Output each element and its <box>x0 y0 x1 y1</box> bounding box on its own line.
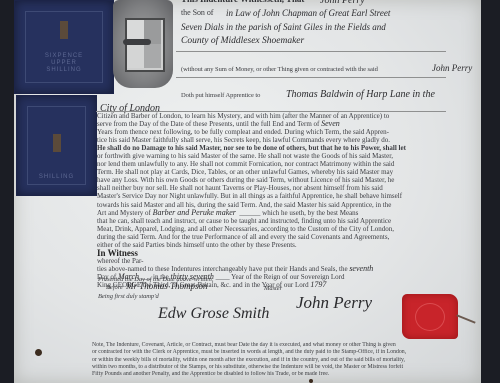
indenture-body: Citizen and Barber of London, to learn h… <box>97 112 442 289</box>
without-money-text: (without any Sum of Money, or other Thin… <box>181 66 378 73</box>
wax-seal <box>402 294 458 339</box>
body-line: during the said Term. And for the true P… <box>97 233 442 241</box>
stamp-text: SHILLING <box>17 174 96 181</box>
master-name: Thomas Baldwin of Harp Lane in the <box>286 89 435 100</box>
stamp-text: SIXPENCE UPPER SHILLING <box>15 53 113 74</box>
apprentice-name: John Perry <box>320 0 365 6</box>
son-of-text: in Law of John Chapman of Great Earl Str… <box>226 8 390 18</box>
ink-blot <box>35 349 42 356</box>
body-line: shall neither buy nor sell. He shall not… <box>97 184 442 192</box>
note-line: or within the weekly bills of mortality,… <box>92 357 448 364</box>
divider <box>176 51 446 52</box>
stamped-note: Being first duly stamp'd <box>98 293 159 300</box>
signature-witness: Edw Grose Smith <box>158 305 269 323</box>
body-line: Term. He shall not play at Cards, Dice, … <box>97 168 442 176</box>
body-line: either of the said Parties binds himself… <box>97 241 442 265</box>
signature-apprentice: John Perry <box>296 293 372 313</box>
ink-blot <box>309 379 313 383</box>
body-line: nor lend them unlawfully to any. He shal… <box>97 160 442 168</box>
body-line: or forthwith give warning to his said Ma… <box>97 152 442 160</box>
body-line: Citizen and Barber of London, to learn h… <box>97 112 442 120</box>
before-label: Before <box>106 284 123 291</box>
note-line: within two months, to a distributor of t… <box>92 364 448 371</box>
stamp-crest-icon <box>53 134 61 152</box>
witness-name: Mr Thomas Thompson <box>126 281 208 291</box>
address-line-2: Seven Dials in the parish of Saint Giles… <box>181 22 386 32</box>
body-line: towards his said Master and all his, dur… <box>97 201 442 209</box>
body-line: tice his said Master faithfully shall se… <box>97 136 442 144</box>
address-line-3: County of Middlesex Shoemaker <box>181 36 304 46</box>
master-label: Master <box>264 285 282 292</box>
note-line: Note, The Indenture, Covenant, Article, … <box>92 342 448 349</box>
header-printed: This Indenture Witnesseth, That <box>181 0 304 3</box>
coat-of-arms-icon <box>113 0 173 88</box>
note-line: or contracted for with the Clerk or Appr… <box>92 349 448 356</box>
revenue-stamp-top: SIXPENCE UPPER SHILLING <box>14 0 114 94</box>
body-line: Art and Mystery of Barber and Peruke mak… <box>97 209 442 217</box>
body-line: Meat, Drink, Apparel, Lodging, and all o… <box>97 225 442 233</box>
doth-put-label: Doth put himself Apprentice to <box>181 92 260 99</box>
stamp-crest-icon <box>60 21 68 39</box>
arms-shield <box>125 18 165 72</box>
stamp-duty-note: Note, The Indenture, Covenant, Article, … <box>92 342 448 378</box>
in-witness-heading: In Witness <box>97 249 442 257</box>
without-money-name: John Perry <box>432 63 472 73</box>
son-of-label: the Son of <box>181 9 213 16</box>
body-line: He shall do no Damage to his said Master… <box>97 144 442 152</box>
body-line: Years from thence next following, to be … <box>97 128 442 136</box>
revenue-stamp-bottom: SHILLING <box>16 95 97 196</box>
body-line: Master's Service Day nor Night unlawfull… <box>97 192 442 200</box>
note-line: Fifty Pounds and another Penalty, and th… <box>92 371 448 378</box>
body-line: have any Loss. With his own Goods or oth… <box>97 176 442 184</box>
seal-impression <box>415 303 445 331</box>
divider <box>176 77 446 78</box>
body-line: serve from the Day of the Date of these … <box>97 120 442 128</box>
body-line: that he can, shall teach and instruct, o… <box>97 217 442 225</box>
body-line: ties above-named to these Indentures int… <box>97 265 442 273</box>
